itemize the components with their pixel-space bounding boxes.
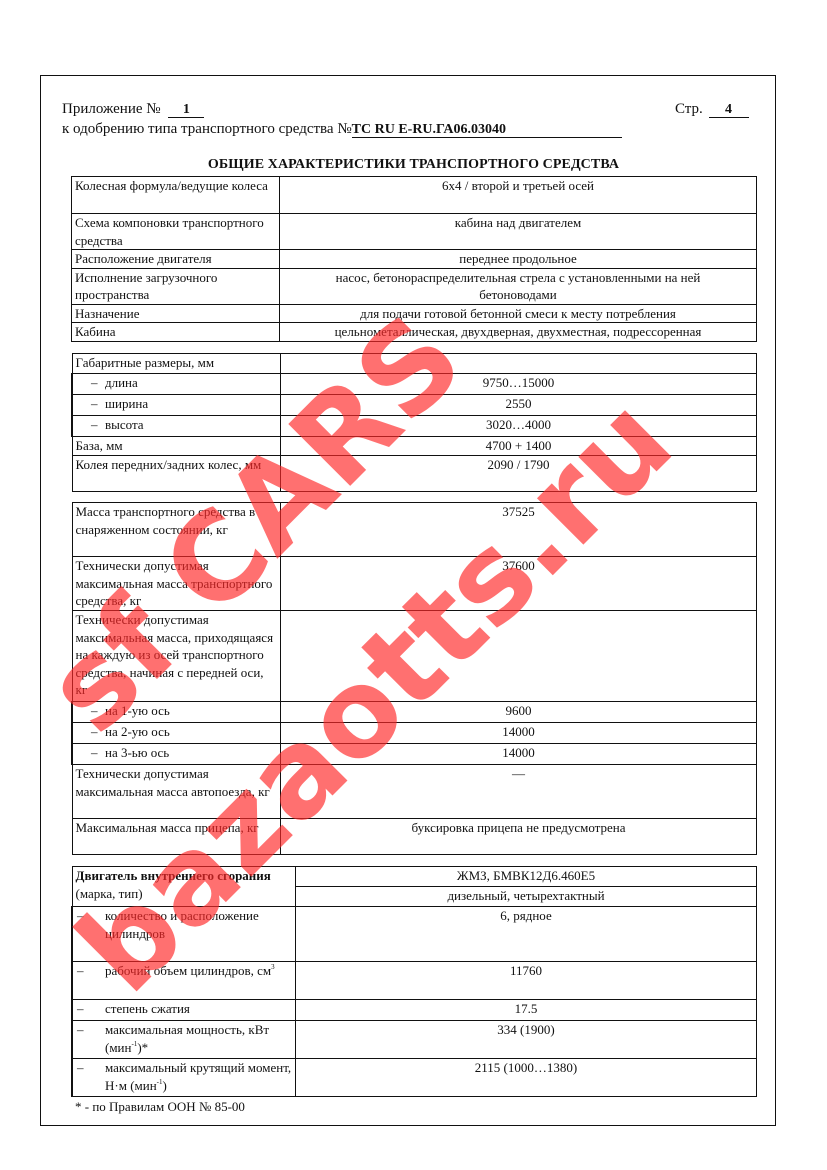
table-row: –на 1-ую ось 9600	[72, 702, 757, 723]
dash-bullet: –	[91, 1059, 105, 1077]
dimensions-table: Габаритные размеры, мм –длина 9750…15000…	[71, 353, 757, 492]
row-value: 37525	[281, 503, 757, 557]
footnote: * - по Правилам ООН № 85-00	[75, 1099, 245, 1115]
table-row: Масса транспортного средства в снаряженн…	[72, 503, 757, 557]
table-row: Схема компоновки транспортного средства …	[72, 214, 757, 250]
superscript: 3	[271, 963, 275, 971]
table-row: –на 2-ую ось 14000	[72, 723, 757, 744]
row-label-hang: –максимальная мощность, кВт (мин-1)*	[91, 1021, 292, 1056]
table-row: Технически допустимая максимальная масса…	[72, 557, 757, 611]
approval-label: к одобрению типа транспортного средства …	[62, 121, 352, 137]
table-row: –высота 3020…4000	[72, 416, 757, 437]
table-row: Исполнение загрузочного пространства нас…	[72, 268, 757, 304]
table-row: Габаритные размеры, мм	[72, 354, 757, 374]
general-table: Колесная формула/ведущие колеса 6х4 / вт…	[71, 176, 757, 342]
dash-bullet: –	[91, 907, 105, 925]
row-label: Технически допустимая максимальная масса…	[72, 557, 281, 611]
table-row: Колея передних/задних колес, мм 2090 / 1…	[72, 455, 757, 491]
row-value: 2550	[281, 395, 757, 416]
row-value: 334 (1900)	[296, 1021, 757, 1059]
row-label: степень сжатия	[105, 1001, 190, 1016]
row-label-cell: –количество и расположение цилиндров	[72, 907, 296, 962]
row-label-cell: –рабочий объем цилиндров, см3	[72, 962, 296, 1000]
row-value: 17.5	[296, 1000, 757, 1021]
row-label: Колея передних/задних колес, мм	[72, 455, 281, 491]
row-label-hang: –максимальный крутящий момент, Н·м (мин-…	[91, 1059, 292, 1094]
row-label: Масса транспортного средства в снаряженн…	[72, 503, 281, 557]
row-value: 9750…15000	[281, 374, 757, 395]
row-label-hang: –количество и расположение цилиндров	[91, 907, 292, 942]
table-row: Расположение двигателя переднее продольн…	[72, 250, 757, 269]
dash-bullet: –	[91, 744, 105, 762]
row-value: буксировка прицепа не предусмотрена	[281, 819, 757, 855]
row-label-cell: –максимальная мощность, кВт (мин-1)*	[72, 1021, 296, 1059]
row-label: Максимальная масса прицепа, кг	[72, 819, 281, 855]
page-label: Стр.	[675, 101, 703, 117]
row-label: Расположение двигателя	[72, 250, 280, 269]
appendix-label: Приложение №	[62, 101, 161, 117]
row-value: кабина над двигателем	[280, 214, 757, 250]
row-label-hang: –рабочий объем цилиндров, см3	[91, 962, 292, 980]
row-label-tail: )	[163, 1078, 167, 1093]
table-row: –максимальный крутящий момент, Н·м (мин-…	[72, 1059, 757, 1097]
row-value: для подачи готовой бетонной смеси к мест…	[280, 304, 757, 323]
row-label: на 1-ую ось	[105, 703, 170, 718]
row-label-cell: –на 3-ью ось	[72, 744, 281, 765]
row-value	[281, 611, 757, 702]
row-label: Исполнение загрузочного пространства	[72, 268, 280, 304]
row-label: Технически допустимая максимальная масса…	[72, 765, 281, 819]
row-label-cell: –степень сжатия	[72, 1000, 296, 1021]
row-value: —	[281, 765, 757, 819]
dash-bullet: –	[91, 1000, 105, 1018]
dash-bullet: –	[91, 702, 105, 720]
dash-bullet: –	[91, 374, 105, 392]
table-row: –ширина 2550	[72, 395, 757, 416]
table-row: Максимальная масса прицепа, кг буксировк…	[72, 819, 757, 855]
engine-label-rest: (марка, тип)	[76, 886, 143, 901]
row-value: 14000	[281, 744, 757, 765]
page-title: ОБЩИЕ ХАРАКТЕРИСТИКИ ТРАНСПОРТНОГО СРЕДС…	[0, 157, 827, 173]
row-value	[281, 354, 757, 374]
dash-bullet: –	[91, 395, 105, 413]
row-label: ширина	[105, 396, 148, 411]
table-row: –количество и расположение цилиндров 6, …	[72, 907, 757, 962]
table-row: Технически допустимая максимальная масса…	[72, 765, 757, 819]
row-label-hang: –степень сжатия	[91, 1000, 292, 1018]
appendix-line: Приложение № 1	[62, 101, 204, 118]
page-number-line: Стр. 4	[675, 101, 749, 118]
table-row: База, мм 4700 + 1400	[72, 437, 757, 456]
row-value: 4700 + 1400	[281, 437, 757, 456]
row-label: Назначение	[72, 304, 280, 323]
table-row: Кабина цельнометаллическая, двухдверная,…	[72, 323, 757, 342]
table-row: –максимальная мощность, кВт (мин-1)* 334…	[72, 1021, 757, 1059]
row-label-cell: –на 2-ую ось	[72, 723, 281, 744]
row-label-cell: –максимальный крутящий момент, Н·м (мин-…	[72, 1059, 296, 1097]
table-row: Технически допустимая максимальная масса…	[72, 611, 757, 702]
row-label-cell: –на 1-ую ось	[72, 702, 281, 723]
row-label: высота	[105, 417, 144, 432]
row-value: 6х4 / второй и третьей осей	[280, 177, 757, 214]
row-label: максимальная мощность, кВт (мин	[105, 1022, 269, 1055]
table-row: Назначение для подачи готовой бетонной с…	[72, 304, 757, 323]
engine-type: дизельный, четырехтактный	[296, 887, 757, 907]
row-label: Габаритные размеры, мм	[72, 354, 281, 374]
row-label: Технически допустимая максимальная масса…	[72, 611, 281, 702]
row-label: Кабина	[72, 323, 280, 342]
row-label-tail: )*	[137, 1040, 148, 1055]
page-number: 4	[709, 102, 749, 118]
engine-label-bold: Двигатель внутреннего сгорания	[76, 868, 271, 883]
dash-bullet: –	[91, 962, 105, 980]
dash-bullet: –	[91, 1021, 105, 1039]
table-row: Двигатель внутреннего сгорания (марка, т…	[72, 867, 757, 887]
row-value: 14000	[281, 723, 757, 744]
dash-bullet: –	[91, 416, 105, 434]
table-row: –длина 9750…15000	[72, 374, 757, 395]
row-value: 2115 (1000…1380)	[296, 1059, 757, 1097]
row-value: насос, бетонораспределительная стрела с …	[280, 268, 757, 304]
approval-line: к одобрению типа транспортного средства …	[62, 121, 622, 138]
row-label: Колесная формула/ведущие колеса	[72, 177, 280, 214]
row-value: 11760	[296, 962, 757, 1000]
row-label: максимальный крутящий момент, Н·м (мин	[105, 1060, 291, 1093]
table-row: –степень сжатия 17.5	[72, 1000, 757, 1021]
table-row: –на 3-ью ось 14000	[72, 744, 757, 765]
engine-table: Двигатель внутреннего сгорания (марка, т…	[71, 866, 757, 1097]
row-value: 37600	[281, 557, 757, 611]
dash-bullet: –	[91, 723, 105, 741]
table-row: –рабочий объем цилиндров, см3 11760	[72, 962, 757, 1000]
row-label: База, мм	[72, 437, 281, 456]
row-label: на 2-ую ось	[105, 724, 170, 739]
approval-number: ТС RU E-RU.ГА06.03040	[352, 122, 622, 138]
engine-brand: ЖМЗ, БМВК12Д6.460Е5	[296, 867, 757, 887]
row-value: цельнометаллическая, двухдверная, двухме…	[280, 323, 757, 342]
masses-table: Масса транспортного средства в снаряженн…	[71, 502, 757, 855]
row-label: Схема компоновки транспортного средства	[72, 214, 280, 250]
row-label: рабочий объем цилиндров, см	[105, 963, 271, 978]
row-label: количество и расположение цилиндров	[105, 908, 259, 941]
row-label-cell: –высота	[72, 416, 281, 437]
appendix-number: 1	[168, 102, 204, 118]
row-value: переднее продольное	[280, 250, 757, 269]
row-label-cell: –ширина	[72, 395, 281, 416]
row-value: 9600	[281, 702, 757, 723]
row-label: длина	[105, 375, 138, 390]
row-label-cell: –длина	[72, 374, 281, 395]
row-value: 3020…4000	[281, 416, 757, 437]
row-value: 2090 / 1790	[281, 455, 757, 491]
row-value: 6, рядное	[296, 907, 757, 962]
engine-label-cell: Двигатель внутреннего сгорания (марка, т…	[72, 867, 296, 907]
table-row: Колесная формула/ведущие колеса 6х4 / вт…	[72, 177, 757, 214]
row-label: на 3-ью ось	[105, 745, 169, 760]
